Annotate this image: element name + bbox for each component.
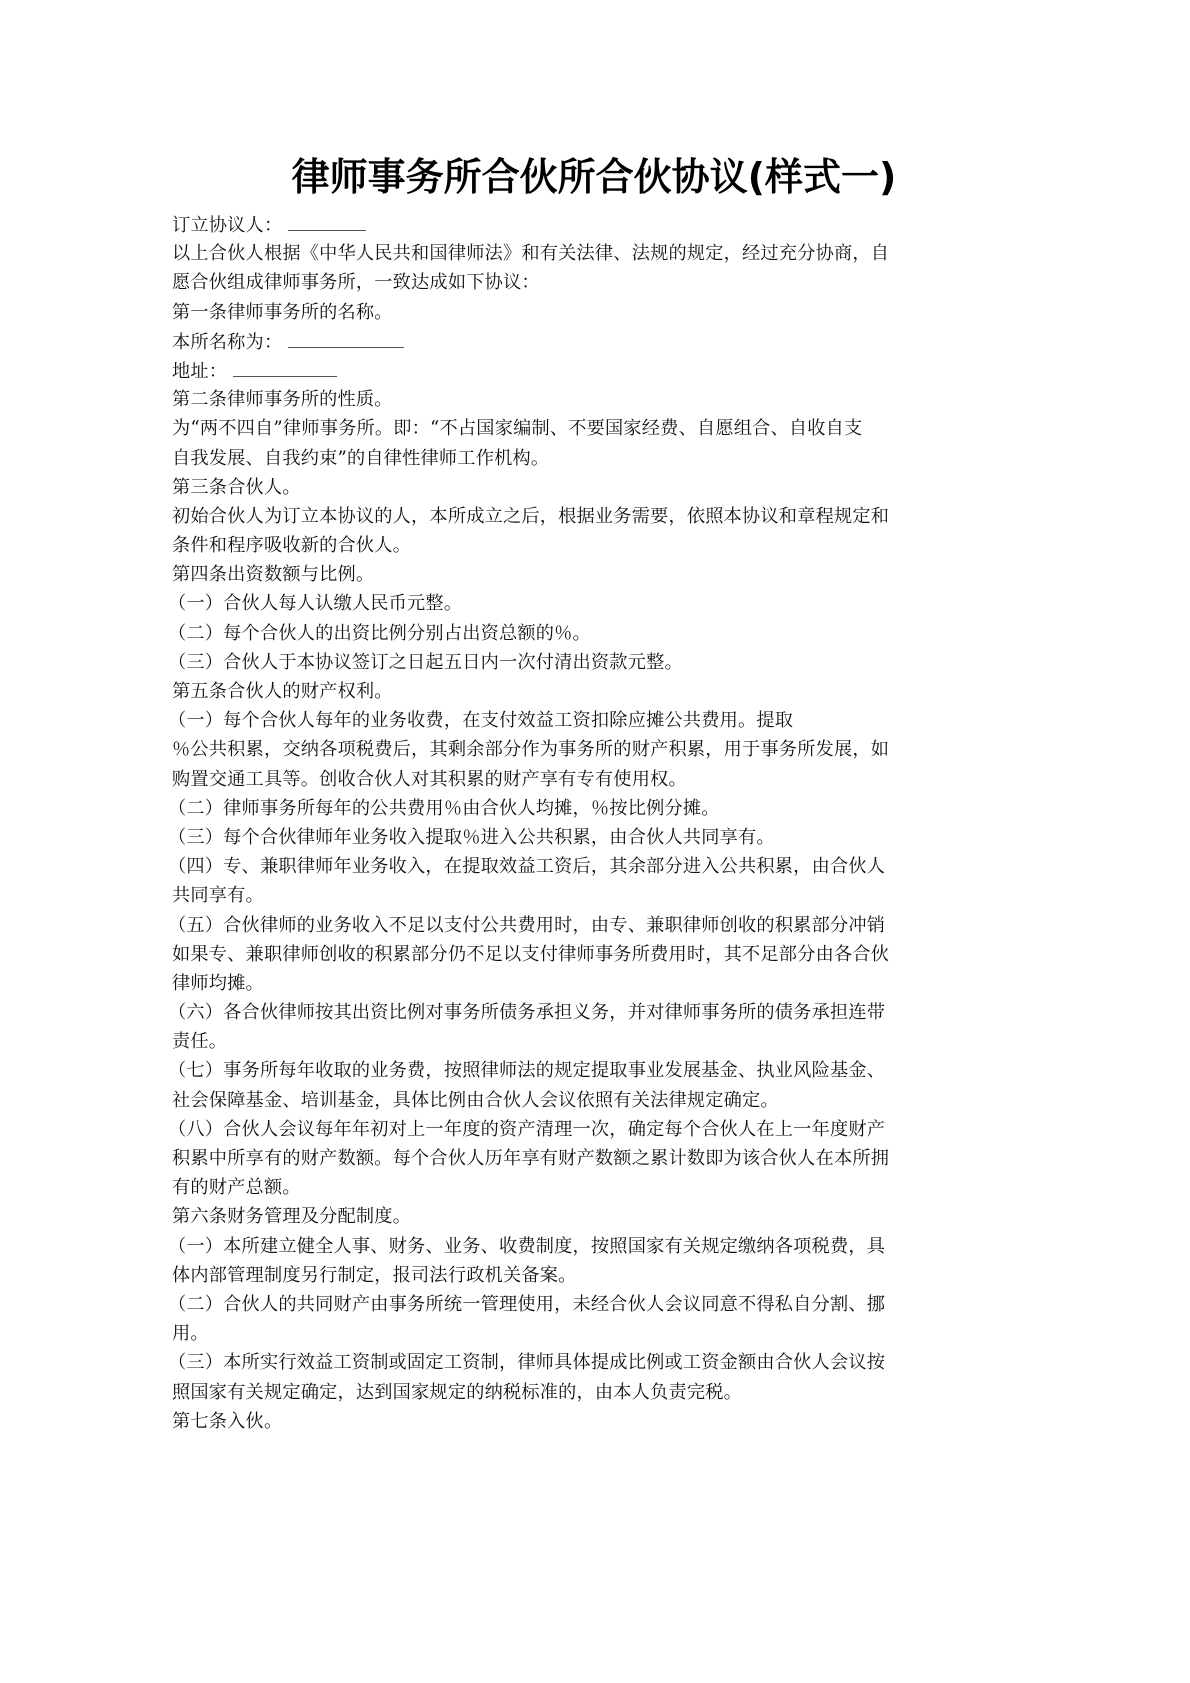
text-line: 如果专、兼职律师创收的积累部分仍不足以支付律师事务所费用时，其不足部分由各合伙 (172, 940, 1022, 969)
text-line: 社会保障基金、培训基金，具体比例由合伙人会议依照有关法律规定确定。 (172, 1086, 1022, 1115)
line-text: （四）专、兼职律师年业务收入，在提取效益工资后，其余部分进入公共积累，由合伙人 (168, 856, 885, 877)
form-field-line: 地址： (172, 356, 1022, 385)
document-title: 律师事务所合伙所合伙协议(样式一) (166, 148, 1022, 206)
line-text: 律师均摊。 (172, 973, 264, 994)
line-text: （五）合伙律师的业务收入不足以支付公共费用时，由专、兼职律师创收的积累部分冲销 (168, 915, 885, 936)
text-line: （二）合伙人的共同财产由事务所统一管理使用，未经合伙人会议同意不得私自分割、挪 (168, 1290, 1022, 1319)
line-text: 地址： (172, 361, 227, 382)
text-line: 第四条出资数额与比例。 (172, 560, 1022, 589)
text-line: 以上合伙人根据《中华人民共和国律师法》和有关法律、法规的规定，经过充分协商，自 (172, 239, 1022, 268)
line-text: 以上合伙人根据《中华人民共和国律师法》和有关法律、法规的规定，经过充分协商，自 (172, 243, 889, 264)
text-line: （三）每个合伙律师年业务收入提取％进入公共积累，由合伙人共同享有。 (168, 823, 1022, 852)
line-text: （三）每个合伙律师年业务收入提取％进入公共积累，由合伙人共同享有。 (168, 827, 775, 848)
line-text: 本所名称为： (172, 332, 282, 353)
form-field-line: 订立协议人： (172, 210, 1022, 239)
line-text: 第二条律师事务所的性质。 (172, 389, 393, 410)
fill-in-blank (288, 327, 404, 348)
line-text: （一）合伙人每人认缴人民币元整。 (168, 593, 462, 614)
line-text: 责任。 (172, 1031, 227, 1052)
line-text: （二）合伙人的共同财产由事务所统一管理使用，未经合伙人会议同意不得私自分割、挪 (168, 1294, 885, 1315)
text-line: 第一条律师事务所的名称。 (172, 298, 1022, 327)
line-text: 自我发展、自我约束”的自律性律师工作机构。 (172, 448, 549, 469)
line-text: 愿合伙组成律师事务所，一致达成如下协议： (172, 272, 540, 293)
text-line: 第七条入伙。 (172, 1407, 1022, 1436)
text-line: 愿合伙组成律师事务所，一致达成如下协议： (172, 268, 1022, 297)
text-line: （三）本所实行效益工资制或固定工资制，律师具体提成比例或工资金额由合伙人会议按 (168, 1348, 1022, 1377)
text-line: 责任。 (172, 1027, 1022, 1056)
document-body: 订立协议人：以上合伙人根据《中华人民共和国律师法》和有关法律、法规的规定，经过充… (172, 210, 1022, 1436)
text-line: （八）合伙人会议每年年初对上一年度的资产清理一次，确定每个合伙人在上一年度财产 (168, 1115, 1022, 1144)
form-field-line: 本所名称为： (172, 327, 1022, 356)
text-line: 积累中所享有的财产数额。每个合伙人历年享有财产数额之累计数即为该合伙人在本所拥 (172, 1144, 1022, 1173)
text-line: 第六条财务管理及分配制度。 (172, 1202, 1022, 1231)
line-text: 订立协议人： (172, 215, 282, 236)
text-line: 照国家有关规定确定，达到国家规定的纳税标准的，由本人负责完税。 (172, 1378, 1022, 1407)
fill-in-blank (233, 356, 337, 377)
text-line: 第五条合伙人的财产权利。 (172, 677, 1022, 706)
text-line: 律师均摊。 (172, 969, 1022, 998)
text-line: 体内部管理制度另行制定，报司法行政机关备案。 (172, 1261, 1022, 1290)
text-line: （一）合伙人每人认缴人民币元整。 (168, 589, 1022, 618)
text-line: （二）律师事务所每年的公共费用％由合伙人均摊，％按比例分摊。 (168, 794, 1022, 823)
line-text: 第七条入伙。 (172, 1411, 282, 1432)
line-text: 积累中所享有的财产数额。每个合伙人历年享有财产数额之累计数即为该合伙人在本所拥 (172, 1148, 889, 1169)
text-line: ％公共积累，交纳各项税费后，其剩余部分作为事务所的财产积累，用于事务所发展，如 (172, 735, 1022, 764)
line-text: （八）合伙人会议每年年初对上一年度的资产清理一次，确定每个合伙人在上一年度财产 (168, 1119, 885, 1140)
line-text: 初始合伙人为订立本协议的人，本所成立之后，根据业务需要，依照本协议和章程规定和 (172, 506, 889, 527)
text-line: 条件和程序吸收新的合伙人。 (172, 531, 1022, 560)
line-text: （一）本所建立健全人事、财务、业务、收费制度，按照国家有关规定缴纳各项税费，具 (168, 1236, 885, 1257)
line-text: 购置交通工具等。创收合伙人对其积累的财产享有专有使用权。 (172, 769, 687, 790)
line-text: 第三条合伙人。 (172, 477, 301, 498)
line-text: （七）事务所每年收取的业务费，按照律师法的规定提取事业发展基金、执业风险基金、 (168, 1060, 885, 1081)
line-text: 社会保障基金、培训基金，具体比例由合伙人会议依照有关法律规定确定。 (172, 1090, 779, 1111)
line-text: （二）律师事务所每年的公共费用％由合伙人均摊，％按比例分摊。 (168, 798, 720, 819)
text-line: 自我发展、自我约束”的自律性律师工作机构。 (172, 444, 1022, 473)
line-text: （三）本所实行效益工资制或固定工资制，律师具体提成比例或工资金额由合伙人会议按 (168, 1352, 885, 1373)
line-text: 第六条财务管理及分配制度。 (172, 1206, 411, 1227)
text-line: 第二条律师事务所的性质。 (172, 385, 1022, 414)
text-line: （一）本所建立健全人事、财务、业务、收费制度，按照国家有关规定缴纳各项税费，具 (168, 1232, 1022, 1261)
text-line: 用。 (172, 1319, 1022, 1348)
line-text: 照国家有关规定确定，达到国家规定的纳税标准的，由本人负责完税。 (172, 1382, 742, 1403)
text-line: 第三条合伙人。 (172, 473, 1022, 502)
text-line: （五）合伙律师的业务收入不足以支付公共费用时，由专、兼职律师创收的积累部分冲销 (168, 911, 1022, 940)
line-text: （一）每个合伙人每年的业务收费，在支付效益工资扣除应摊公共费用。提取 (168, 710, 793, 731)
line-text: 有的财产总额。 (172, 1177, 301, 1198)
text-line: （一）每个合伙人每年的业务收费，在支付效益工资扣除应摊公共费用。提取 (168, 706, 1022, 735)
line-text: 体内部管理制度另行制定，报司法行政机关备案。 (172, 1265, 577, 1286)
text-line: （六）各合伙律师按其出资比例对事务所债务承担义务，并对律师事务所的债务承担连带 (168, 998, 1022, 1027)
line-text: 用。 (172, 1323, 209, 1344)
text-line: （七）事务所每年收取的业务费，按照律师法的规定提取事业发展基金、执业风险基金、 (168, 1056, 1022, 1085)
text-line: 初始合伙人为订立本协议的人，本所成立之后，根据业务需要，依照本协议和章程规定和 (172, 502, 1022, 531)
document-page: 律师事务所合伙所合伙协议(样式一) 订立协议人：以上合伙人根据《中华人民共和国律… (172, 148, 1022, 1436)
line-text: （六）各合伙律师按其出资比例对事务所债务承担义务，并对律师事务所的债务承担连带 (168, 1002, 885, 1023)
text-line: 共同享有。 (172, 881, 1022, 910)
line-text: （二）每个合伙人的出资比例分别占出资总额的％。 (168, 623, 591, 644)
text-line: 购置交通工具等。创收合伙人对其积累的财产享有专有使用权。 (172, 765, 1022, 794)
text-line: （三）合伙人于本协议签订之日起五日内一次付清出资款元整。 (168, 648, 1022, 677)
line-text: 第一条律师事务所的名称。 (172, 302, 393, 323)
line-text: 共同享有。 (172, 885, 264, 906)
text-line: 有的财产总额。 (172, 1173, 1022, 1202)
line-text: 第四条出资数额与比例。 (172, 564, 374, 585)
line-text: 如果专、兼职律师创收的积累部分仍不足以支付律师事务所费用时，其不足部分由各合伙 (172, 944, 889, 965)
line-text: （三）合伙人于本协议签订之日起五日内一次付清出资款元整。 (168, 652, 683, 673)
text-line: （二）每个合伙人的出资比例分别占出资总额的％。 (168, 619, 1022, 648)
line-text: ％公共积累，交纳各项税费后，其剩余部分作为事务所的财产积累，用于事务所发展，如 (172, 739, 889, 760)
line-text: 条件和程序吸收新的合伙人。 (172, 535, 411, 556)
fill-in-blank (288, 210, 366, 231)
text-line: 为“两不四自”律师事务所。即：“不占国家编制、不要国家经费、自愿组合、自收自支 (172, 414, 1022, 443)
line-text: 第五条合伙人的财产权利。 (172, 681, 393, 702)
text-line: （四）专、兼职律师年业务收入，在提取效益工资后，其余部分进入公共积累，由合伙人 (168, 852, 1022, 881)
line-text: 为“两不四自”律师事务所。即：“不占国家编制、不要国家经费、自愿组合、自收自支 (172, 418, 862, 439)
